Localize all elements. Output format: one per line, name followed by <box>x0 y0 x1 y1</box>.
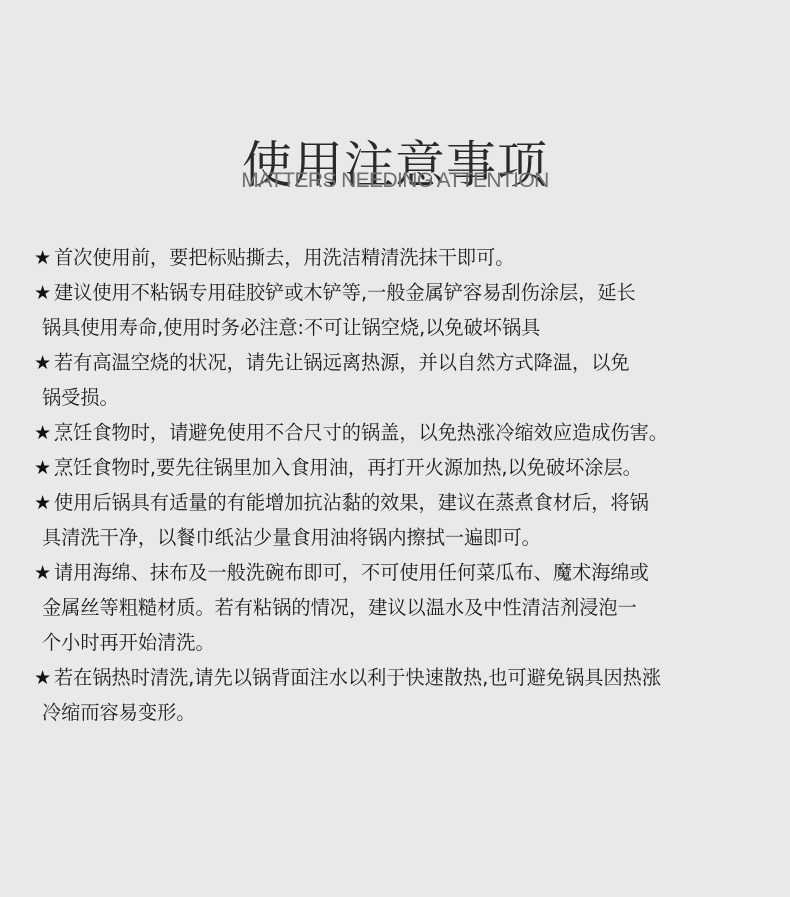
note-text-continuation: 锅受损。 <box>54 380 774 415</box>
note-line-text: 烹饪食物时，请避免使用不合尺寸的锅盖，以免热涨冷缩效应造成伤害。 <box>54 421 668 444</box>
note-line-text: 首次使用前，要把标贴撕去，用洗洁精清洗抹干即可。 <box>54 246 515 269</box>
note-text-continuation: 具清洗干净，以餐巾纸沾少量食用油将锅内擦拭一遍即可。 <box>54 520 774 555</box>
star-icon: ★ <box>34 555 54 590</box>
star-icon: ★ <box>34 345 54 380</box>
note-text-continuation: 金属丝等粗糙材质。若有粘锅的情况，建议以温水及中性清洁剂浸泡一 <box>54 590 774 625</box>
star-icon: ★ <box>34 485 54 520</box>
star-icon: ★ <box>34 275 54 310</box>
note-line-text: 烹饪食物时,要先往锅里加入食用油，再打开火源加热,以免破坏涂层。 <box>54 456 642 479</box>
note-text-continuation: 个小时再开始清洗。 <box>54 625 774 660</box>
note-text: ★若在锅热时清洗,请先以锅背面注水以利于快速散热,也可避免锅具因热涨 <box>54 660 774 695</box>
note-text: ★首次使用前，要把标贴撕去，用洗洁精清洗抹干即可。 <box>54 240 774 275</box>
note-line-text: 锅具使用寿命,使用时务必注意:不可让锅空烧,以免破坏锅具 <box>42 316 540 339</box>
star-icon: ★ <box>34 660 54 695</box>
star-icon: ★ <box>34 450 54 485</box>
attention-notes-list: ★首次使用前，要把标贴撕去，用洗洁精清洗抹干即可。★建议使用不粘锅专用硅胶铲或木… <box>34 240 774 730</box>
note-text: ★请用海绵、抹布及一般洗碗布即可，不可使用任何菜瓜布、魔术海绵或 <box>54 555 774 590</box>
note-item: ★首次使用前，要把标贴撕去，用洗洁精清洗抹干即可。 <box>34 240 774 275</box>
note-text: ★烹饪食物时，请避免使用不合尺寸的锅盖，以免热涨冷缩效应造成伤害。 <box>54 415 774 450</box>
page-subtitle: MATTERS NEEDING ATTENTION <box>0 168 790 194</box>
note-line-text: 金属丝等粗糙材质。若有粘锅的情况，建议以温水及中性清洁剂浸泡一 <box>42 596 637 619</box>
note-item: ★使用后锅具有适量的有能增加抗沾黏的效果，建议在蒸煮食材后，将锅具清洗干净，以餐… <box>34 485 774 555</box>
note-line-text: 若在锅热时清洗,请先以锅背面注水以利于快速散热,也可避免锅具因热涨 <box>54 666 661 689</box>
note-line-text: 建议使用不粘锅专用硅胶铲或木铲等,一般金属铲容易刮伤涂层，延长 <box>54 281 636 304</box>
star-icon: ★ <box>34 240 54 275</box>
note-text: ★使用后锅具有适量的有能增加抗沾黏的效果，建议在蒸煮食材后，将锅 <box>54 485 774 520</box>
note-line-text: 若有高温空烧的状况，请先让锅远离热源，并以自然方式降温，以免 <box>54 351 630 374</box>
note-text-continuation: 锅具使用寿命,使用时务必注意:不可让锅空烧,以免破坏锅具 <box>54 310 774 345</box>
star-icon: ★ <box>34 415 54 450</box>
note-line-text: 使用后锅具有适量的有能增加抗沾黏的效果，建议在蒸煮食材后，将锅 <box>54 491 649 514</box>
note-line-text: 具清洗干净，以餐巾纸沾少量食用油将锅内擦拭一遍即可。 <box>42 526 541 549</box>
note-text: ★建议使用不粘锅专用硅胶铲或木铲等,一般金属铲容易刮伤涂层，延长 <box>54 275 774 310</box>
note-item: ★若在锅热时清洗,请先以锅背面注水以利于快速散热,也可避免锅具因热涨冷缩而容易变… <box>34 660 774 730</box>
note-item: ★若有高温空烧的状况，请先让锅远离热源，并以自然方式降温，以免锅受损。 <box>34 345 774 415</box>
note-line-text: 个小时再开始清洗。 <box>42 631 215 654</box>
note-line-text: 请用海绵、抹布及一般洗碗布即可，不可使用任何菜瓜布、魔术海绵或 <box>54 561 649 584</box>
note-text-continuation: 冷缩而容易变形。 <box>54 695 774 730</box>
note-text: ★烹饪食物时,要先往锅里加入食用油，再打开火源加热,以免破坏涂层。 <box>54 450 774 485</box>
note-text: ★若有高温空烧的状况，请先让锅远离热源，并以自然方式降温，以免 <box>54 345 774 380</box>
note-item: ★烹饪食物时，请避免使用不合尺寸的锅盖，以免热涨冷缩效应造成伤害。 <box>34 415 774 450</box>
note-item: ★请用海绵、抹布及一般洗碗布即可，不可使用任何菜瓜布、魔术海绵或金属丝等粗糙材质… <box>34 555 774 660</box>
note-line-text: 锅受损。 <box>42 386 119 409</box>
note-item: ★建议使用不粘锅专用硅胶铲或木铲等,一般金属铲容易刮伤涂层，延长锅具使用寿命,使… <box>34 275 774 345</box>
note-item: ★烹饪食物时,要先往锅里加入食用油，再打开火源加热,以免破坏涂层。 <box>34 450 774 485</box>
note-line-text: 冷缩而容易变形。 <box>42 701 196 724</box>
